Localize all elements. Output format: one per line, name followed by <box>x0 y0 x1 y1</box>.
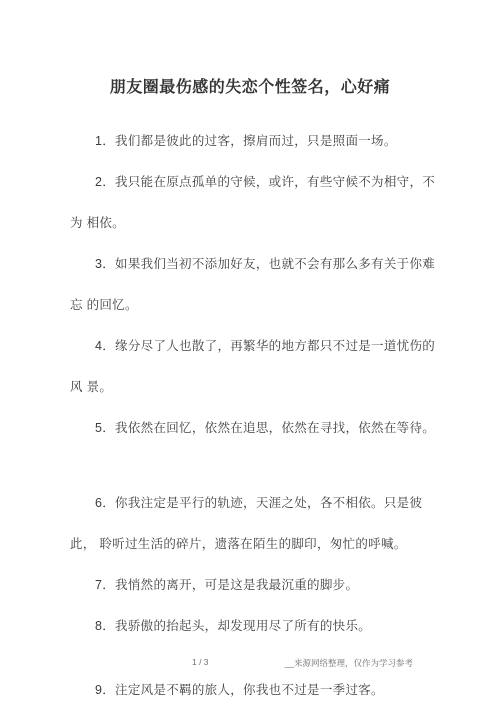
signature-item-2: 2．我只能在原点孤单的守候，或许，有些守候不为相守，不为 相依。 <box>70 162 438 244</box>
document-page: 朋友圈最伤感的失恋个性签名，心好痛 1．我们都是彼此的过客，擦肩而过，只是照面一… <box>0 0 500 708</box>
signature-item-4: 4．缘分尽了人也散了，再繁华的地方都只不过是一道忧伤的风 景。 <box>70 326 438 408</box>
signature-item-9: 9．注定风是不羁的旅人，你我也不过是一季过客。 <box>70 670 438 708</box>
signature-item-7: 7．我悄然的离开，可是这是我最沉重的脚步。 <box>70 565 438 606</box>
signature-item-3: 3．如果我们当初不添加好友，也就不会有那么多有关于你难忘 的回忆。 <box>70 244 438 326</box>
signature-item-8: 8．我骄傲的抬起头，却发现用尽了所有的快乐。 <box>70 606 438 647</box>
page-title: 朋友圈最伤感的失恋个性签名，心好痛 <box>0 0 500 97</box>
page-number: 1 / 3 <box>192 657 209 667</box>
signature-item-5: 5．我依然在回忆，依然在追思，依然在寻找，依然在等待。 <box>70 408 438 449</box>
signature-item-6: 6．你我注定是平行的轨迹，天涯之处，各不相依。只是彼此， 聆听过生活的碎片，遗落… <box>70 483 438 565</box>
paragraph-gap <box>70 449 438 483</box>
page-footer: 1 / 3 __来源网络整理，仅作为学习参考 <box>0 654 500 670</box>
document-body: 1．我们都是彼此的过客，擦肩而过，只是照面一场。 2．我只能在原点孤单的守候，或… <box>70 121 438 708</box>
source-note: __来源网络整理，仅作为学习参考 <box>285 657 413 669</box>
signature-item-1: 1．我们都是彼此的过客，擦肩而过，只是照面一场。 <box>70 121 438 162</box>
